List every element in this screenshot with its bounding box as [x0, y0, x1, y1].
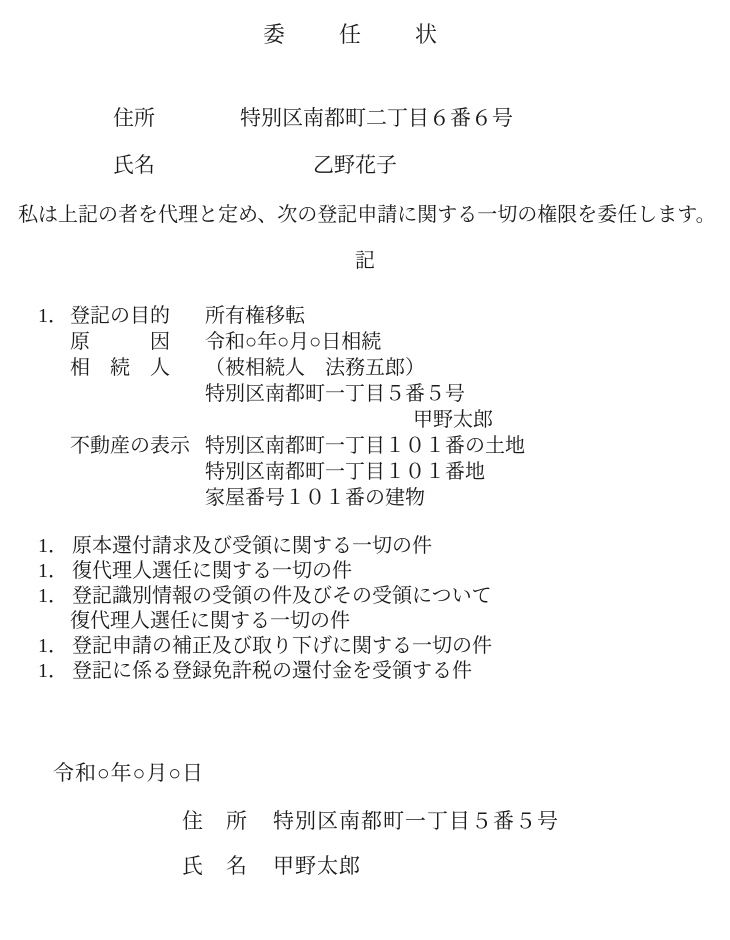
agent-name-value: 乙野花子 — [313, 154, 397, 177]
registration-heir-name: 甲野太郎 — [413, 409, 493, 431]
principal-name-label: 氏 名 — [182, 855, 248, 878]
document-title: 委 任 状 — [263, 23, 437, 47]
registration-property-line1: 特別区南都町一丁目１０１番の土地 — [205, 435, 525, 457]
registration-property-label: 不動産の表示 — [70, 435, 190, 457]
registration-cause-value: 令和○年○月○日相続 — [205, 331, 381, 353]
registration-heir-address: 特別区南都町一丁目５番５号 — [205, 383, 465, 405]
agent-name-label: 氏名 — [113, 154, 155, 177]
registration-property-line3: 家屋番号１０１番の建物 — [205, 487, 425, 509]
power-of-attorney-document: 委 任 状 住所 特別区南都町二丁目６番６号 氏名 乙野花子 私は上記の者を代理… — [0, 0, 730, 940]
authority-item-text: 登記識別情報の受領の件及びその受領について — [72, 585, 492, 607]
registration-cause-label: 原 因 — [70, 331, 170, 353]
date-line: 令和○年○月○日 — [53, 762, 204, 785]
agent-address-label: 住所 — [113, 107, 155, 130]
record-marker: 記 — [0, 250, 730, 272]
registration-purpose-label: 登記の目的 — [70, 305, 170, 327]
authority-item-number: 1． — [38, 560, 68, 582]
agent-address-value: 特別区南都町二丁目６番６号 — [240, 107, 513, 130]
authority-item-number: 1． — [38, 535, 68, 557]
delegation-statement: 私は上記の者を代理と定め、次の登記申請に関する一切の権限を委任します。 — [18, 204, 716, 226]
authority-item-text: 登記に係る登録免許税の還付金を受領する件 — [72, 660, 472, 682]
authority-item-number: 1． — [38, 635, 68, 657]
authority-item-text: 復代理人選任に関する一切の件 — [72, 560, 352, 582]
registration-purpose-value: 所有権移転 — [205, 305, 305, 327]
principal-name-value: 甲野太郎 — [273, 855, 361, 878]
registration-heir-decedent: （被相続人 法務五郎） — [205, 357, 425, 379]
authority-item-continuation: 復代理人選任に関する一切の件 — [70, 610, 350, 632]
title-char-3: 状 — [415, 23, 437, 47]
authority-item-text: 原本還付請求及び受領に関する一切の件 — [72, 535, 432, 557]
principal-address-label: 住 所 — [182, 810, 248, 833]
principal-address-value: 特別区南都町一丁目５番５号 — [273, 810, 559, 833]
registration-item-number: 1． — [38, 305, 68, 327]
registration-heir-label: 相 続 人 — [70, 357, 170, 379]
authority-item-text: 登記申請の補正及び取り下げに関する一切の件 — [72, 635, 492, 657]
authority-item-number: 1． — [38, 585, 68, 607]
registration-property-line2: 特別区南都町一丁目１０１番地 — [205, 461, 485, 483]
title-char-2: 任 — [339, 23, 361, 47]
authority-item-number: 1． — [38, 660, 68, 682]
title-char-1: 委 — [263, 23, 285, 47]
